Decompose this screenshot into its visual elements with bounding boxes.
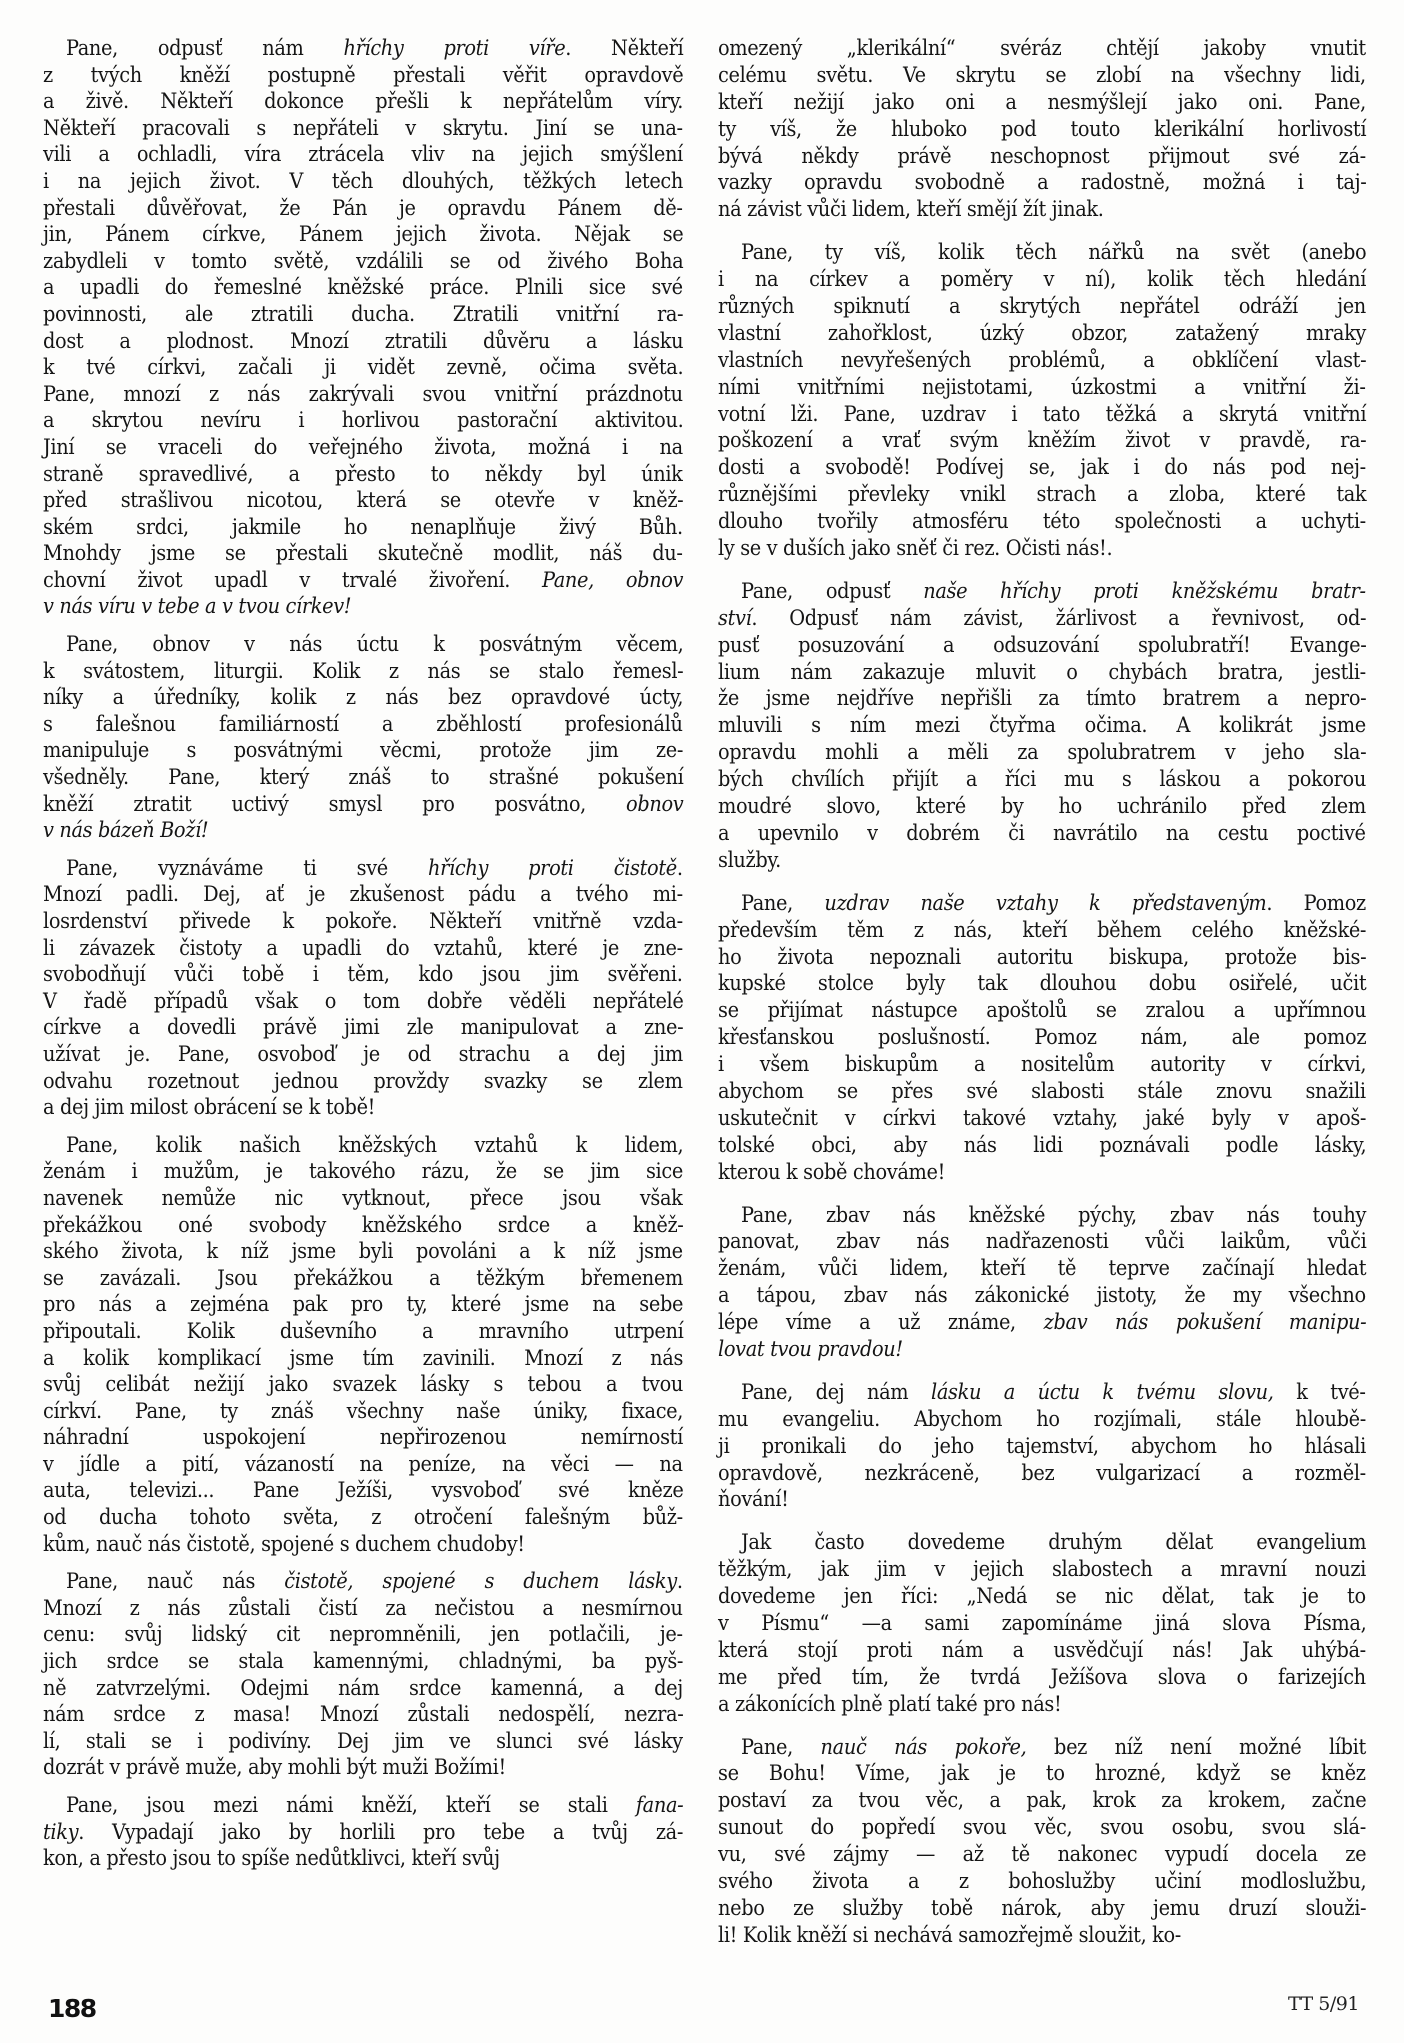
text-line: Pane, nauč nás čistotě, spojené s duchem… [43,1569,683,1596]
text: tolské obci, aby nás lidi poznávali podl… [718,1133,1366,1158]
text-line: dovedeme jen říci: „Nedá se nic dělat, t… [718,1584,1366,1611]
text: vlastních nevyřešených problémů, a obklí… [718,348,1366,373]
text: jin, Pánem církve, Pánem jejich života. … [43,222,683,247]
text: vazky opravdu svobodně a radostně, možná… [718,170,1366,195]
text: straně spravedlivé, a přesto to někdy by… [43,462,683,487]
text-line: níky a úředníky, kolik z nás bez opravdo… [43,685,683,712]
text-line: křesťanskou poslušností. Pomoz nám, ale … [718,1025,1366,1052]
text-line: k tvé církvi, začali ji vidět zevně, oči… [43,355,683,382]
text-line: v jídle a pití, vázaností na peníze, na … [43,1452,683,1479]
text-line: dlouho tvořily atmosféru této společnost… [718,509,1366,536]
text: v jídle a pití, vázaností na peníze, na … [43,1452,683,1477]
italic-text: čistotě, spojené s duchem lásky [284,1569,677,1594]
text: svůj celibát nežijí jako svazek lásky s … [43,1372,683,1397]
text-line: se Bohu! Víme, jak je to hrozné, když se… [718,1761,1366,1788]
text: odvahu rozetnout jednou provždy svazky s… [43,1069,683,1094]
text-line: užívat je. Pane, osvoboď je od strachu a… [43,1042,683,1069]
text: i všem biskupům a nositelům autority v c… [718,1052,1366,1077]
text: církví. Pane, ty znáš všechny naše úniky… [43,1399,683,1424]
text-line: Někteří pracovali s nepřáteli v skrytu. … [43,116,683,143]
text: z tvých kněží postupně přestali věřit op… [43,63,683,88]
text-line: losrdenství přivede k pokoře. Někteří vn… [43,909,683,936]
text-line: a živě. Někteří dokonce přešli k nepřáte… [43,89,683,116]
text: Jiní se vraceli do veřejného života, mož… [43,435,683,460]
text: Pane, [741,891,824,916]
text-line: různých spiknutí a skrytých nepřátel odr… [718,294,1366,321]
text-line: ženám, vůči lidem, kteří tě teprve začín… [718,1256,1366,1283]
italic-text: hříchy proti čistotě [428,856,677,881]
text-line: panovat, zbav nás nadřazenosti vůči laik… [718,1229,1366,1256]
text-line: omezený „klerikální“ svéráz chtějí jakob… [718,36,1366,63]
text: Pane, odpusť nám [66,36,343,61]
text: níky a úředníky, kolik z nás bez opravdo… [43,685,683,710]
text: ty víš, že hluboko pod touto klerikální … [718,117,1366,142]
text-line: cenu: svůj lidský cit nepromněnili, jen … [43,1622,683,1649]
text: . [677,856,683,881]
text: služby. [718,848,781,873]
text: a skrytou nevíru i horlivou pastorační a… [43,408,683,433]
text-line: Pane, odpusť nám hříchy proti víře. Někt… [43,36,683,63]
italic-text: lásku a úctu k tvému slovu, [931,1380,1274,1405]
text: povinnosti, ale ztratili ducha. Ztratili… [43,302,683,327]
paragraph: Pane, zbav nás kněžské pýchy, zbav nás t… [718,1203,1366,1364]
text-line: povinnosti, ale ztratili ducha. Ztratili… [43,302,683,329]
text-line: vlastních nevyřešených problémů, a obklí… [718,348,1366,375]
text: votní lži. Pane, uzdrav i tato těžká a s… [718,402,1366,427]
text: Někteří pracovali s nepřáteli v skrytu. … [43,116,683,141]
text: Pane, zbav nás kněžské pýchy, zbav nás t… [741,1203,1366,1228]
text: panovat, zbav nás nadřazenosti vůči laik… [718,1229,1366,1254]
text: křesťanskou poslušností. Pomoz nám, ale … [718,1025,1366,1050]
text-line: Pane, nauč nás pokoře, bez níž není možn… [718,1735,1366,1762]
text: li! Kolik kněží si nechává samozřejmě sl… [718,1923,1181,1948]
text: ními vnitřními nejistotami, úzkostmi a v… [718,375,1366,400]
text-line: li závazek čistoty a upadli do vztahů, k… [43,936,683,963]
text: omezený „klerikální“ svéráz chtějí jakob… [718,36,1366,61]
text: me před tím, že tvrdá Ježíšova slova o f… [718,1665,1366,1690]
text: v Písmu“ —a sami zapomínáme jiná slova P… [718,1611,1366,1636]
text-line: celému světu. Ve skrytu se zlobí na všec… [718,63,1366,90]
text: že jsme nejdříve nepřišli za tímto bratr… [718,686,1366,711]
text-line: svého života a z bohoslužby učiní modlos… [718,1869,1366,1896]
text: ském srdci, jakmile ho nenaplňuje živý B… [43,515,683,540]
text-line: tolské obci, aby nás lidi poznávali podl… [718,1133,1366,1160]
text-line: ho života nepoznali autoritu biskupa, pr… [718,945,1366,972]
italic-text: hříchy proti víře [343,36,565,61]
text-line: Pane, zbav nás kněžské pýchy, zbav nás t… [718,1203,1366,1230]
text-line: církví. Pane, ty znáš všechny naše úniky… [43,1399,683,1426]
text: vu, své zájmy — až tě nakonec vypudí doc… [718,1842,1366,1867]
text: nebo ze služby tobě nárok, aby jemu druz… [718,1896,1366,1921]
italic-text: ství [718,606,751,631]
text-line: jin, Pánem církve, Pánem jejich života. … [43,222,683,249]
text: cenu: svůj lidský cit nepromněnili, jen … [43,1622,683,1647]
text: ji pronikali do jeho tajemství, abychom … [718,1434,1366,1459]
text: mluvili s ním mezi čtyřma očima. A kolik… [718,713,1366,738]
text: nám srdce z masa! Mnozí zůstali nedospěl… [43,1702,683,1727]
text-line: nám srdce z masa! Mnozí zůstali nedospěl… [43,1702,683,1729]
text-line: dost a plodnost. Mnozí ztratili důvěru a… [43,329,683,356]
text-line: moudré slovo, které by ho uchránilo před… [718,794,1366,821]
text: bých chvílích přijít a říci mu s láskou … [718,767,1366,792]
text: a upevnilo v dobrém či navrátilo na cest… [718,821,1366,846]
text-line: a zákonících plně platí také pro nás! [718,1692,1366,1719]
text-line: ná závist vůči lidem, kteří smějí žít ji… [718,197,1366,224]
text-line: abychom se přes své slabosti stále znovu… [718,1079,1366,1106]
text: k tvé církvi, začali ji vidět zevně, oči… [43,355,683,380]
text: svého života a z bohoslužby učiní modlos… [718,1869,1366,1894]
text: pro nás a zejména pak pro ty, které jsme… [43,1292,683,1317]
text-line: překážkou oné svobody kněžského srdce a … [43,1213,683,1240]
text: jich srdce se stala kamennými, chladnými… [43,1649,683,1674]
text: která stojí proti nám a usvědčují nás! J… [718,1638,1366,1663]
text-line: ského života, k níž jsme byli povoláni a… [43,1239,683,1266]
text: zabydleli v tomto světě, vzdálili se od … [43,249,683,274]
italic-text: fana- [636,1793,683,1818]
text-line: svůj celibát nežijí jako svazek lásky s … [43,1372,683,1399]
paragraph: Pane, kolik našich kněžských vztahů k li… [43,1133,683,1559]
text-line: ství. Odpusť nám závist, žárlivost a řev… [718,606,1366,633]
text-line: kům, nauč nás čistotě, spojené s duchem … [43,1532,683,1559]
paragraph: Pane, ty víš, kolik těch nářků na svět (… [718,240,1366,563]
text-line: pusť posuzování a odsuzování spolubratří… [718,633,1366,660]
text-line: Pane, dej nám lásku a úctu k tvému slovu… [718,1380,1366,1407]
paragraph: Pane, jsou mezi námi kněží, kteří se sta… [43,1793,683,1873]
text-line: ty víš, že hluboko pod touto klerikální … [718,117,1366,144]
text: především těm z nás, kteří během celého … [718,918,1366,943]
text: i na církev a poměry v ní), kolik těch h… [718,267,1366,292]
text: Pane, nauč nás [66,1569,284,1594]
text-line: ňování! [718,1487,1366,1514]
text-line: i všem biskupům a nositelům autority v c… [718,1052,1366,1079]
text: církve a dovedli právě jimi zle manipulo… [43,1015,683,1040]
text: ho života nepoznali autoritu biskupa, pr… [718,945,1366,970]
text: poškození a vrať svým kněžím život v pra… [718,428,1366,453]
text-line: v nás víru v tebe a v tvou církev! [43,594,683,621]
text-line: Pane, mnozí z nás zakrývali svou vnitřní… [43,382,683,409]
text: s falešnou familiárností a zběhlostí pro… [43,712,683,737]
text: bez níž není možné líbit [1026,1735,1366,1760]
text-line: dozrát v právě muže, aby mohli být muži … [43,1755,683,1782]
text-line: Pane, obnov v nás úctu k posvátným věcem… [43,632,683,659]
text: od ducha tohoto světa, z otročení falešn… [43,1505,683,1530]
text: všedněly. Pane, který znáš to strašné po… [43,765,683,790]
text: se Bohu! Víme, jak je to hrozné, když se… [718,1761,1366,1786]
text: ženám, vůči lidem, kteří tě teprve začín… [718,1256,1366,1281]
text-line: Pane, odpusť naše hříchy proti kněžskému… [718,579,1366,606]
text: bývá někdy právě neschopnost přijmout sv… [718,144,1366,169]
text-line: v nás bázeň Boží! [43,818,683,845]
text-line: postaví za tvou věc, a pak, krok za krok… [718,1788,1366,1815]
text: různých spiknutí a skrytých nepřátel odr… [718,294,1366,319]
text-line: vu, své zájmy — až tě nakonec vypudí doc… [718,1842,1366,1869]
text-line: i na církev a poměry v ní), kolik těch h… [718,267,1366,294]
text-line: Mnozí z nás zůstali čistí za nečistou a … [43,1596,683,1623]
text-line: poškození a vrať svým kněžím život v pra… [718,428,1366,455]
text-line: zabydleli v tomto světě, vzdálili se od … [43,249,683,276]
page-number: 188 [48,1994,96,2023]
text: a kolik komplikací jsme tím zavinili. Mn… [43,1346,683,1371]
text: opravdově, nezkráceně, bez vulgarizací a… [718,1461,1366,1486]
text-line: kon, a přesto jsou to spíše nedůtklivci,… [43,1846,683,1873]
text: sunout do popředí svou věc, svou osobu, … [718,1815,1366,1840]
text-line: vili a ochladli, víra ztrácela vliv na j… [43,142,683,169]
paragraph: Jak často dovedeme druhým dělat evangeli… [718,1530,1366,1718]
text-line: kterou k sobě chováme! [718,1160,1366,1187]
paragraph: Pane, nauč nás pokoře, bez níž není možn… [718,1735,1366,1950]
text-line: odvahu rozetnout jednou provždy svazky s… [43,1069,683,1096]
text: kon, a přesto jsou to spíše nedůtklivci,… [43,1846,500,1871]
text: manipuluje s posvátnými věcmi, protože j… [43,738,683,763]
text: před strašlivou nicotou, která se otevře… [43,488,683,513]
text: dovedeme jen říci: „Nedá se nic dělat, t… [718,1584,1366,1609]
text: mu evangeliu. Abychom ho rozjímali, stál… [718,1407,1366,1432]
text-line: tiky. Vypadají jako by horlili pro tebe … [43,1820,683,1847]
italic-text: lovat tvou pravdou! [718,1337,903,1362]
text-line: me před tím, že tvrdá Ježíšova slova o f… [718,1665,1366,1692]
text: Pane, ty víš, kolik těch nářků na svět (… [741,240,1366,265]
text: Pane, obnov v nás úctu k posvátným věcem… [66,632,683,657]
text-line: ními vnitřními nejistotami, úzkostmi a v… [718,375,1366,402]
text: Mnozí padli. Dej, ať je zkušenost pádu a… [43,882,683,907]
text-line: bývá někdy právě neschopnost přijmout sv… [718,144,1366,171]
text: opravdu mohli a měli za spolubratrem v j… [718,740,1366,765]
italic-text: zbav nás pokušení manipu- [1044,1310,1367,1335]
text-line: Pane, ty víš, kolik těch nářků na svět (… [718,240,1366,267]
text: . Odpusť nám závist, žárlivost a řevnivo… [751,606,1366,631]
text-line: Pane, kolik našich kněžských vztahů k li… [43,1133,683,1160]
text-line: a upevnilo v dobrém či navrátilo na cest… [718,821,1366,848]
text-line: se přijímat nástupce apoštolů se zralou … [718,998,1366,1025]
text-line: se zavázali. Jsou překážkou a těžkým bře… [43,1266,683,1293]
text-line: Jiní se vraceli do veřejného života, mož… [43,435,683,462]
text-line: kupské stolce byly tak dlouhou dobu osiř… [718,971,1366,998]
text: chovní život upadl v trvalé živoření. [43,568,542,593]
paragraph: Pane, vyznáváme ti své hříchy proti čist… [43,856,683,1122]
text-line: těžkým, jak jim v jejich slabostech a mr… [718,1557,1366,1584]
text-line: navenek nemůže nic vytknout, přece jsou … [43,1186,683,1213]
text: celému světu. Ve skrytu se zlobí na všec… [718,63,1366,88]
text: připoutali. Kolik duševního a mravního u… [43,1319,683,1344]
text: dozrát v právě muže, aby mohli být muži … [43,1755,506,1780]
text: . [677,1569,683,1594]
text-line: Mnozí padli. Dej, ať je zkušenost pádu a… [43,882,683,909]
text-line: li! Kolik kněží si nechává samozřejmě sl… [718,1923,1366,1950]
text-line: kněží ztratit uctivý smysl pro posvátno,… [43,792,683,819]
text: lépe víme a už známe, [718,1310,1044,1335]
paragraph: Pane, nauč nás čistotě, spojené s duchem… [43,1569,683,1782]
text-line: ském srdci, jakmile ho nenaplňuje živý B… [43,515,683,542]
italic-text: naše hříchy proti kněžskému bratr- [923,579,1365,604]
text: těžkým, jak jim v jejich slabostech a mr… [718,1557,1366,1582]
text: i na jejich život. V těch dlouhých, těžk… [43,169,683,194]
text: přestali důvěřovat, že Pán je opravdu Pá… [43,196,683,221]
text-line: k svátostem, liturgii. Kolik z nás se st… [43,659,683,686]
paragraph: omezený „klerikální“ svéráz chtějí jakob… [718,36,1366,224]
text: postaví za tvou věc, a pak, krok za krok… [718,1788,1366,1813]
text: ly se v duších jako sněť či rez. Očisti … [718,536,1112,561]
italic-text: Pane, obnov [542,568,683,593]
text-line: dosti a svobodě! Podívej se, jak i do ná… [718,455,1366,482]
text-column-right: omezený „klerikální“ svéráz chtějí jakob… [718,36,1366,1950]
magazine-page: Pane, odpusť nám hříchy proti víře. Někt… [0,0,1404,2043]
paragraph: Pane, uzdrav naše vztahy k představeným.… [718,891,1366,1187]
italic-text: tiky [43,1820,78,1845]
text-line: a kolik komplikací jsme tím zavinili. Mn… [43,1346,683,1373]
text-line: a dej jim milost obrácení se k tobě! [43,1095,683,1122]
text: svobodňují vůči tobě i těm, kdo jsou jim… [43,962,683,987]
text-line: a skrytou nevíru i horlivou pastorační a… [43,408,683,435]
paragraph: Pane, obnov v nás úctu k posvátným věcem… [43,632,683,845]
text-line: svobodňují vůči tobě i těm, kdo jsou jim… [43,962,683,989]
text-line: auta, televizi... Pane Ježíši, vysvoboď … [43,1478,683,1505]
text: Mnozí z nás zůstali čistí za nečistou a … [43,1596,683,1621]
text: V řadě případů však o tom dobře věděli n… [43,989,683,1014]
text-line: V řadě případů však o tom dobře věděli n… [43,989,683,1016]
text-line: Pane, vyznáváme ti své hříchy proti čist… [43,856,683,883]
text: ženám i mužům, je takového rázu, že se j… [43,1159,683,1184]
text: Pane, dej nám [741,1380,931,1405]
issue-label: TT 5/91 [1288,1993,1359,2015]
italic-text: nauč nás pokoře, [821,1735,1027,1760]
text-line: všedněly. Pane, který znáš to strašné po… [43,765,683,792]
text-line: církve a dovedli právě jimi zle manipulo… [43,1015,683,1042]
text-line: v Písmu“ —a sami zapomínáme jiná slova P… [718,1611,1366,1638]
text-line: opravdu mohli a měli za spolubratrem v j… [718,740,1366,767]
text-line: mluvili s ním mezi čtyřma očima. A kolik… [718,713,1366,740]
text-line: z tvých kněží postupně přestali věřit op… [43,63,683,90]
text: Pane, vyznáváme ti své [66,856,428,881]
text: Pane, jsou mezi námi kněží, kteří se sta… [66,1793,636,1818]
text: Jak často dovedeme druhým dělat evangeli… [741,1530,1366,1555]
text: li závazek čistoty a upadli do vztahů, k… [43,936,683,961]
text: uskutečnit v církvi takové vztahy, jaké … [718,1106,1366,1131]
text-line: lovat tvou pravdou! [718,1337,1366,1364]
paragraph: Pane, odpusť naše hříchy proti kněžskému… [718,579,1366,875]
text-line: vazky opravdu svobodně a radostně, možná… [718,170,1366,197]
text-line: jich srdce se stala kamennými, chladnými… [43,1649,683,1676]
text: . Vypadají jako by horlili pro tebe a tv… [78,1820,683,1845]
text-line: ženám i mužům, je takového rázu, že se j… [43,1159,683,1186]
text: a zákonících plně platí také pro nás! [718,1692,1061,1717]
text-line: nebo ze služby tobě nárok, aby jemu druz… [718,1896,1366,1923]
italic-text: uzdrav naše vztahy k představeným [824,891,1266,916]
text-line: přestali důvěřovat, že Pán je opravdu Pá… [43,196,683,223]
text: k svátostem, liturgii. Kolik z nás se st… [43,659,683,684]
text: náhradní uspokojení nepřirozenou nemírno… [43,1425,683,1450]
text: různějšími převleky vnikl strach a zloba… [718,482,1366,507]
text: překážkou oné svobody kněžského srdce a … [43,1213,683,1238]
text-line: chovní život upadl v trvalé živoření. Pa… [43,568,683,595]
text-line: Pane, uzdrav naše vztahy k představeným.… [718,891,1366,918]
paragraph: Pane, odpusť nám hříchy proti víře. Někt… [43,36,683,621]
text-line: Mnohdy jsme se přestali skutečně modlit,… [43,541,683,568]
text-line: straně spravedlivé, a přesto to někdy by… [43,462,683,489]
text-line: kteří nežijí jako oni a nesmýšlejí jako … [718,90,1366,117]
text-line: bých chvílích přijít a říci mu s láskou … [718,767,1366,794]
text-line: mu evangeliu. Abychom ho rozjímali, stál… [718,1407,1366,1434]
text-line: že jsme nejdříve nepřišli za tímto bratr… [718,686,1366,713]
text: losrdenství přivede k pokoře. Někteří vn… [43,909,683,934]
text: se přijímat nástupce apoštolů se zralou … [718,998,1366,1023]
text-line: a tápou, zbav nás zákonické jistoty, že … [718,1283,1366,1310]
italic-text: v nás bázeň Boží! [43,818,208,843]
text-line: ji pronikali do jeho tajemství, abychom … [718,1434,1366,1461]
text: pusť posuzování a odsuzování spolubratří… [718,633,1366,658]
text-line: s falešnou familiárností a zběhlostí pro… [43,712,683,739]
text-line: různějšími převleky vnikl strach a zloba… [718,482,1366,509]
text: . Pomoz [1266,891,1365,916]
text: lium nám zakazuje mluvit o chybách bratr… [718,660,1366,685]
text: Pane, kolik našich kněžských vztahů k li… [66,1133,683,1158]
text: kterou k sobě chováme! [718,1160,945,1185]
text: Mnohdy jsme se přestali skutečně modlit,… [43,541,683,566]
text-line: náhradní uspokojení nepřirozenou nemírno… [43,1425,683,1452]
text: Pane, mnozí z nás zakrývali svou vnitřní… [43,382,683,407]
text: dlouho tvořily atmosféru této společnost… [718,509,1366,534]
text-line: služby. [718,848,1366,875]
text: kněží ztratit uctivý smysl pro posvátno, [43,792,626,817]
text: vlastní zahořklost, úzký obzor, zatažený… [718,321,1366,346]
text-line: lí, stali se i podivíny. Dej jim ve slun… [43,1729,683,1756]
text-line: sunout do popředí svou věc, svou osobu, … [718,1815,1366,1842]
italic-text: v nás víru v tebe a v tvou církev! [43,594,351,619]
text: kupské stolce byly tak dlouhou dobu osiř… [718,971,1366,996]
text: abychom se přes své slabosti stále znovu… [718,1079,1366,1104]
text-line: Jak často dovedeme druhým dělat evangeli… [718,1530,1366,1557]
text: Pane, odpusť [741,579,923,604]
text: a upadli do řemeslné kněžské práce. Plni… [43,275,683,300]
text-line: Pane, jsou mezi námi kněží, kteří se sta… [43,1793,683,1820]
text: kům, nauč nás čistotě, spojené s duchem … [43,1532,525,1557]
text: se zavázali. Jsou překážkou a těžkým bře… [43,1266,683,1291]
text-line: opravdově, nezkráceně, bez vulgarizací a… [718,1461,1366,1488]
text-line: pro nás a zejména pak pro ty, které jsme… [43,1292,683,1319]
text-line: lépe víme a už známe, zbav nás pokušení … [718,1310,1366,1337]
text-line: od ducha tohoto světa, z otročení falešn… [43,1505,683,1532]
text-line: lium nám zakazuje mluvit o chybách bratr… [718,660,1366,687]
text-line: ly se v duších jako sněť či rez. Očisti … [718,536,1366,563]
text-line: i na jejich život. V těch dlouhých, těžk… [43,169,683,196]
text-line: manipuluje s posvátnými věcmi, protože j… [43,738,683,765]
text-column-left: Pane, odpusť nám hříchy proti víře. Někt… [43,36,683,1873]
text-line: především těm z nás, kteří během celého … [718,918,1366,945]
text: dosti a svobodě! Podívej se, jak i do ná… [718,455,1366,480]
text: a živě. Někteří dokonce přešli k nepřáte… [43,89,683,114]
text-line: votní lži. Pane, uzdrav i tato těžká a s… [718,402,1366,429]
text-line: připoutali. Kolik duševního a mravního u… [43,1319,683,1346]
text: . Někteří [565,36,683,61]
text: auta, televizi... Pane Ježíši, vysvoboď … [43,1478,683,1503]
text-line: uskutečnit v církvi takové vztahy, jaké … [718,1106,1366,1133]
text: dost a plodnost. Mnozí ztratili důvěru a… [43,329,683,354]
text: moudré slovo, které by ho uchránilo před… [718,794,1366,819]
text: užívat je. Pane, osvoboď je od strachu a… [43,1042,683,1067]
text: a dej jim milost obrácení se k tobě! [43,1095,375,1120]
text: navenek nemůže nic vytknout, přece jsou … [43,1186,683,1211]
text: ského života, k níž jsme byli povoláni a… [43,1239,683,1264]
text: Pane, [741,1735,821,1760]
text-line: vlastní zahořklost, úzký obzor, zatažený… [718,321,1366,348]
paragraph: Pane, dej nám lásku a úctu k tvému slovu… [718,1380,1366,1514]
text-line: která stojí proti nám a usvědčují nás! J… [718,1638,1366,1665]
text: lí, stali se i podivíny. Dej jim ve slun… [43,1729,683,1754]
text: a tápou, zbav nás zákonické jistoty, že … [718,1283,1366,1308]
text: vili a ochladli, víra ztrácela vliv na j… [43,142,683,167]
italic-text: obnov [626,792,683,817]
text: ně zatvrzelými. Odejmi nám srdce kamenná… [43,1676,683,1701]
text-line: a upadli do řemeslné kněžské práce. Plni… [43,275,683,302]
